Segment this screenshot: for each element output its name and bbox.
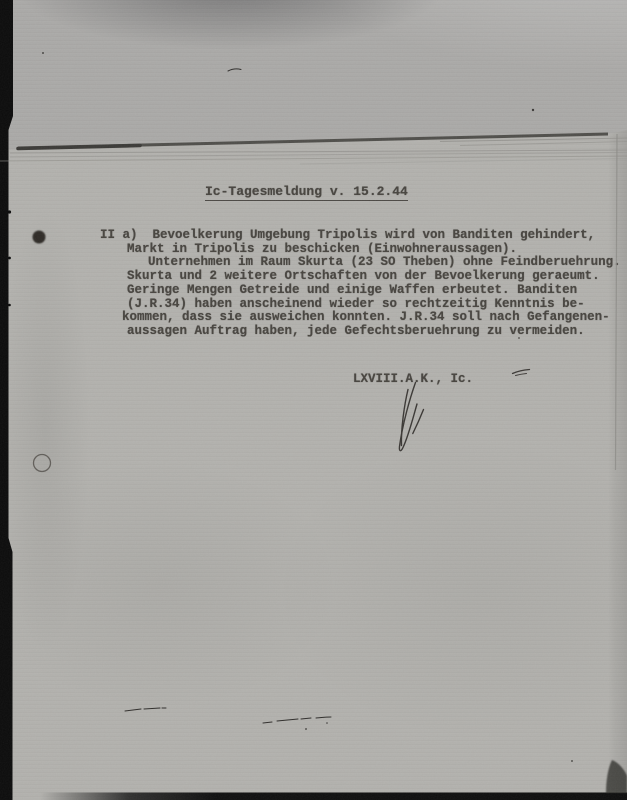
report-line: Skurta und 2 weitere Ortschaften von der… [127, 270, 621, 284]
scanned-document-photo: Ic-Tagesmeldung v. 15.2.44 II a) Bevoelk… [0, 0, 627, 800]
report-title: Ic-Tagesmeldung v. 15.2.44 [205, 184, 408, 201]
report-line: kommen, dass sie ausweichen konnten. J.R… [122, 311, 621, 325]
report-line: II a) Bevoelkerung Umgebung Tripolis wir… [100, 229, 621, 243]
report-line: Geringe Mengen Getreide und einige Waffe… [127, 284, 621, 298]
report-body: II a) Bevoelkerung Umgebung Tripolis wir… [100, 229, 621, 339]
signature-line: LXVIII.A.K., Ic. [353, 372, 473, 386]
report-line: aussagen Auftrag haben, jede Gefechtsber… [127, 325, 621, 339]
